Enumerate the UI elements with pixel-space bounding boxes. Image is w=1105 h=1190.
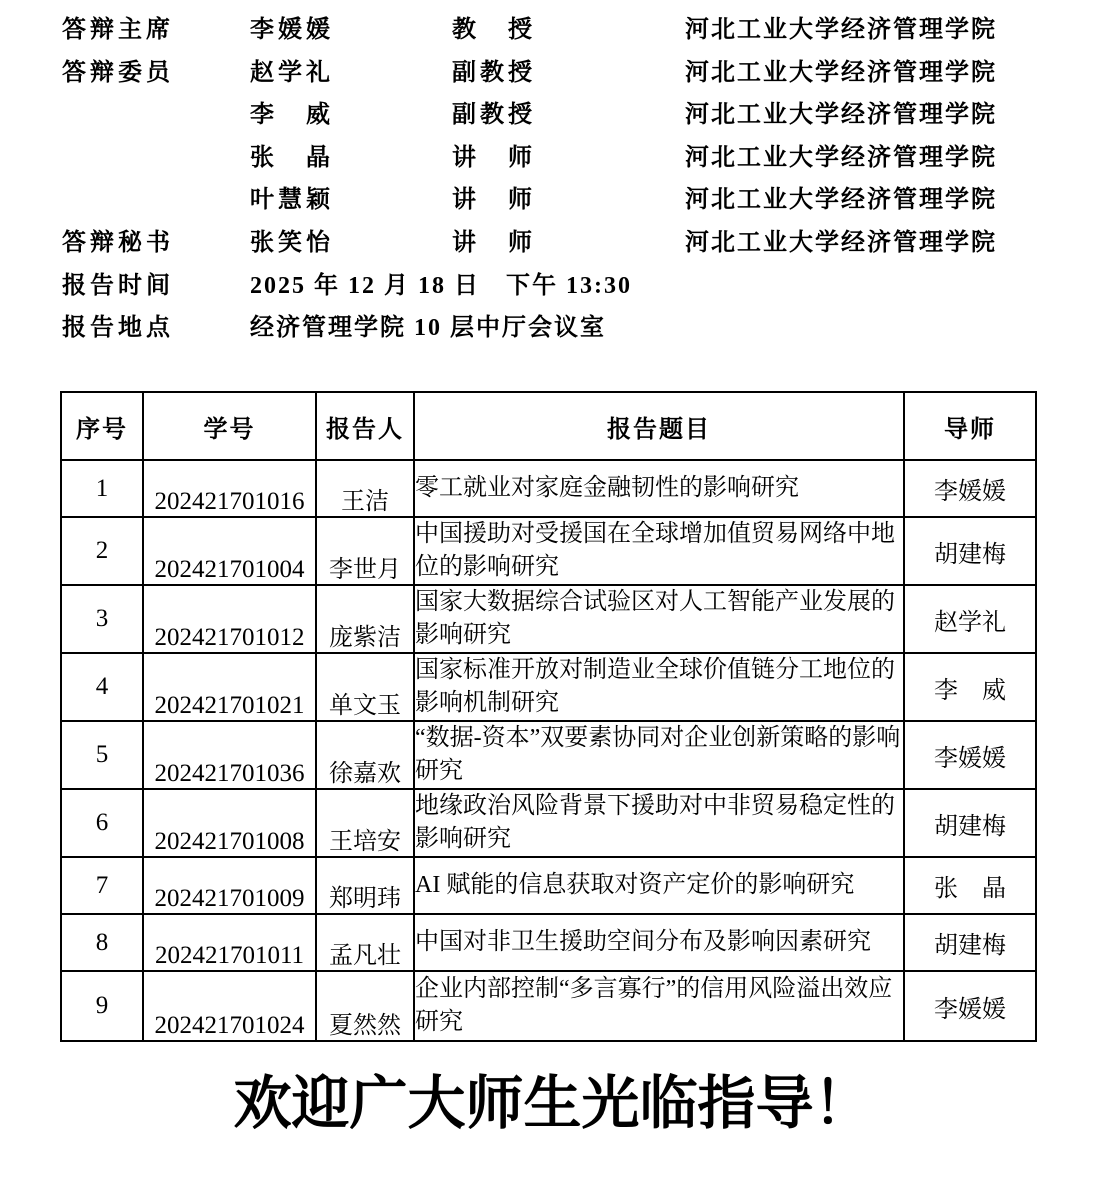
table-row: 4 202421701021 单文玉 国家标准开放对制造业全球价值链分工地位的影… — [61, 653, 1036, 721]
cell-student-id: 202421701008 — [143, 789, 316, 857]
cell-title: 国家大数据综合试验区对人工智能产业发展的影响研究 — [414, 585, 904, 653]
member-title: 讲 师 — [452, 229, 536, 257]
table-row: 2 202421701004 李世月 中国援助对受援国在全球增加值贸易网络中地位… — [61, 517, 1036, 585]
cell-no: 5 — [61, 721, 143, 789]
place-value: 经济管理学院 10 层中厅会议室 — [250, 314, 606, 342]
time-label: 报告时间 — [62, 272, 174, 300]
cell-student-id: 202421701012 — [143, 585, 316, 653]
member-title: 副教授 — [452, 59, 536, 87]
cell-presenter: 王培安 — [316, 789, 414, 857]
cell-student-id: 202421701021 — [143, 653, 316, 721]
info-row-member: 李 威 副教授 河北工业大学经济管理学院 — [0, 101, 1105, 133]
header-presenter: 报告人 — [316, 392, 414, 460]
cell-student-id: 202421701024 — [143, 971, 316, 1041]
cell-presenter: 王洁 — [316, 460, 414, 517]
member-name: 李 威 — [250, 101, 334, 129]
cell-advisor: 胡建梅 — [904, 517, 1036, 585]
member-affiliation: 河北工业大学经济管理学院 — [685, 186, 997, 214]
cell-presenter: 单文玉 — [316, 653, 414, 721]
cell-student-id: 202421701016 — [143, 460, 316, 517]
member-name: 赵学礼 — [250, 59, 334, 87]
cell-title: 中国援助对受援国在全球增加值贸易网络中地位的影响研究 — [414, 517, 904, 585]
cell-student-id: 202421701004 — [143, 517, 316, 585]
welcome-banner: 欢迎广大师生光临指导！ — [0, 1068, 1105, 1140]
cell-presenter: 孟凡壮 — [316, 914, 414, 971]
member-name: 叶慧颖 — [250, 186, 334, 214]
cell-no: 2 — [61, 517, 143, 585]
info-row-member: 答辩委员 赵学礼 副教授 河北工业大学经济管理学院 — [0, 59, 1105, 91]
cell-no: 8 — [61, 914, 143, 971]
info-row-place: 报告地点 经济管理学院 10 层中厅会议室 — [0, 314, 1105, 346]
cell-no: 3 — [61, 585, 143, 653]
member-title: 教 授 — [452, 16, 536, 44]
info-row-chair: 答辩主席 李媛媛 教 授 河北工业大学经济管理学院 — [0, 16, 1105, 48]
member-affiliation: 河北工业大学经济管理学院 — [685, 229, 997, 257]
cell-advisor: 赵学礼 — [904, 585, 1036, 653]
info-row-secretary: 答辩秘书 张笑怡 讲 师 河北工业大学经济管理学院 — [0, 229, 1105, 261]
place-label: 报告地点 — [62, 314, 174, 342]
cell-advisor: 李媛媛 — [904, 460, 1036, 517]
cell-student-id: 202421701009 — [143, 857, 316, 914]
member-name: 李媛媛 — [250, 16, 334, 44]
member-affiliation: 河北工业大学经济管理学院 — [685, 16, 997, 44]
member-title: 副教授 — [452, 101, 536, 129]
role-label: 答辩秘书 — [62, 229, 174, 257]
time-value: 2025 年 12 月 18 日 下午 13:30 — [250, 272, 632, 300]
table-row: 3 202421701012 庞紫洁 国家大数据综合试验区对人工智能产业发展的影… — [61, 585, 1036, 653]
cell-title: “数据-资本”双要素协同对企业创新策略的影响研究 — [414, 721, 904, 789]
table-row: 1 202421701016 王洁 零工就业对家庭金融韧性的影响研究 李媛媛 — [61, 460, 1036, 517]
cell-title: 中国对非卫生援助空间分布及影响因素研究 — [414, 914, 904, 971]
header-advisor: 导师 — [904, 392, 1036, 460]
member-affiliation: 河北工业大学经济管理学院 — [685, 144, 997, 172]
cell-presenter: 李世月 — [316, 517, 414, 585]
cell-presenter: 郑明玮 — [316, 857, 414, 914]
cell-title: 零工就业对家庭金融韧性的影响研究 — [414, 460, 904, 517]
table-row: 9 202421701024 夏然然 企业内部控制“多言寡行”的信用风险溢出效应… — [61, 971, 1036, 1041]
cell-no: 4 — [61, 653, 143, 721]
cell-title: 国家标准开放对制造业全球价值链分工地位的影响机制研究 — [414, 653, 904, 721]
defense-announcement-page: 答辩主席 李媛媛 教 授 河北工业大学经济管理学院 答辩委员 赵学礼 副教授 河… — [0, 0, 1105, 1190]
info-row-time: 报告时间 2025 年 12 月 18 日 下午 13:30 — [0, 272, 1105, 304]
cell-advisor: 张 晶 — [904, 857, 1036, 914]
header-title: 报告题目 — [414, 392, 904, 460]
header-student-id: 学号 — [143, 392, 316, 460]
cell-advisor: 李媛媛 — [904, 971, 1036, 1041]
member-title: 讲 师 — [452, 144, 536, 172]
cell-title: 地缘政治风险背景下援助对中非贸易稳定性的影响研究 — [414, 789, 904, 857]
cell-student-id: 202421701011 — [143, 914, 316, 971]
cell-advisor: 胡建梅 — [904, 914, 1036, 971]
table-row: 7 202421701009 郑明玮 AI 赋能的信息获取对资产定价的影响研究 … — [61, 857, 1036, 914]
table-header-row: 序号 学号 报告人 报告题目 导师 — [61, 392, 1036, 460]
cell-presenter: 夏然然 — [316, 971, 414, 1041]
cell-advisor: 胡建梅 — [904, 789, 1036, 857]
member-name: 张笑怡 — [250, 229, 334, 257]
cell-no: 7 — [61, 857, 143, 914]
cell-title: AI 赋能的信息获取对资产定价的影响研究 — [414, 857, 904, 914]
cell-no: 6 — [61, 789, 143, 857]
header-no: 序号 — [61, 392, 143, 460]
role-label: 答辩主席 — [62, 16, 174, 44]
member-title: 讲 师 — [452, 186, 536, 214]
member-name: 张 晶 — [250, 144, 334, 172]
cell-advisor: 李媛媛 — [904, 721, 1036, 789]
cell-no: 1 — [61, 460, 143, 517]
cell-presenter: 徐嘉欢 — [316, 721, 414, 789]
table-row: 5 202421701036 徐嘉欢 “数据-资本”双要素协同对企业创新策略的影… — [61, 721, 1036, 789]
table-row: 6 202421701008 王培安 地缘政治风险背景下援助对中非贸易稳定性的影… — [61, 789, 1036, 857]
member-affiliation: 河北工业大学经济管理学院 — [685, 59, 997, 87]
schedule-table: 序号 学号 报告人 报告题目 导师 1 202421701016 王洁 零工就业… — [60, 391, 1037, 1042]
table-row: 8 202421701011 孟凡壮 中国对非卫生援助空间分布及影响因素研究 胡… — [61, 914, 1036, 971]
info-row-member: 叶慧颖 讲 师 河北工业大学经济管理学院 — [0, 186, 1105, 218]
cell-presenter: 庞紫洁 — [316, 585, 414, 653]
cell-student-id: 202421701036 — [143, 721, 316, 789]
cell-no: 9 — [61, 971, 143, 1041]
cell-advisor: 李 威 — [904, 653, 1036, 721]
member-affiliation: 河北工业大学经济管理学院 — [685, 101, 997, 129]
role-label: 答辩委员 — [62, 59, 174, 87]
cell-title: 企业内部控制“多言寡行”的信用风险溢出效应研究 — [414, 971, 904, 1041]
info-row-member: 张 晶 讲 师 河北工业大学经济管理学院 — [0, 144, 1105, 176]
